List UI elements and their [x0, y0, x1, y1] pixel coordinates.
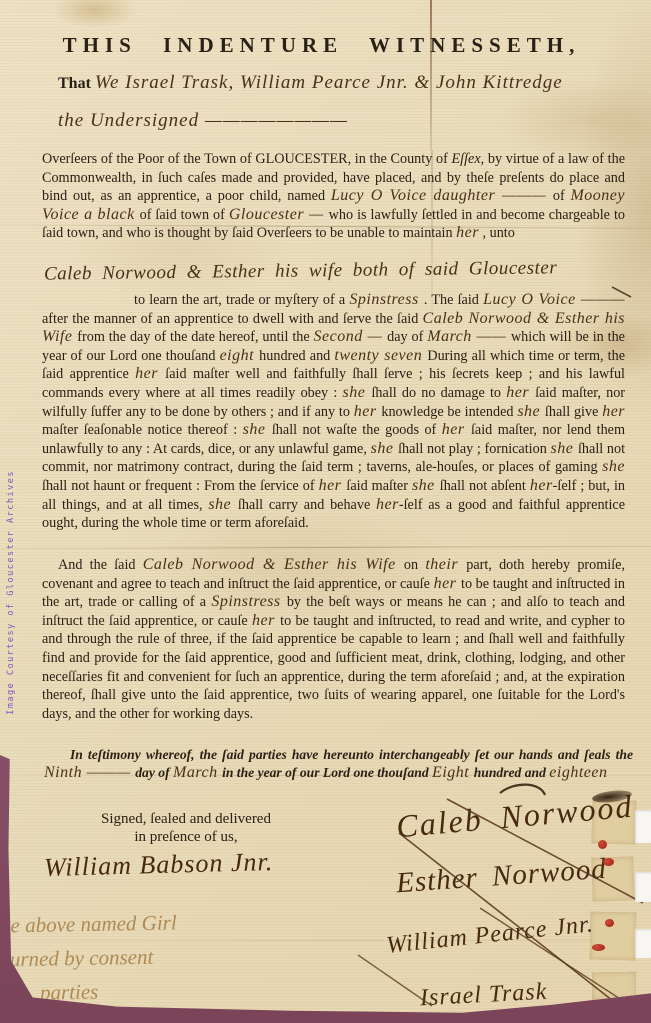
seal-remnant-patch	[592, 972, 636, 1001]
signature-esther-norwood: Esther Norwood	[395, 853, 608, 901]
horizontal-fold-crease-2	[0, 546, 651, 549]
paper-sheet: THIS INDENTURE WITNESSETH, That We Israe…	[0, 0, 651, 1023]
signed-sealed-block: Signed, ſealed and delivered in preſence…	[86, 810, 286, 846]
indenture-paragraph-service-terms: to learn the art, trade or myſtery of a …	[42, 291, 625, 533]
marginal-note-line-2: turned by consent	[4, 945, 154, 973]
wax-seal-mark	[598, 1005, 607, 1012]
overseers-names-handwritten: We Israel Trask, William Pearce Jnr. & J…	[95, 72, 563, 93]
undersigned-handwritten: the Undersigned ————————	[58, 110, 348, 132]
opening-line: That We Israel Trask, William Pearce Jnr…	[58, 72, 637, 94]
archive-courtesy-stamp: Image Courtesy of Gloucester Archives	[6, 470, 16, 715]
signed-sealed-line: Signed, ſealed and delivered	[86, 810, 286, 828]
edge-notch	[635, 872, 651, 902]
edge-notch	[635, 810, 651, 843]
marginal-note-line-3: parties	[40, 979, 99, 1005]
witness-signature: William Babson Jnr.	[44, 847, 274, 883]
in-presence-line: in preſence of us,	[86, 828, 286, 846]
signature-william-pearce: William Pearce Jnr.	[385, 911, 595, 960]
testimony-clause: In teſtimony whereof, the ſaid parties h…	[44, 746, 633, 783]
marginal-note-line-1: he above named Girl	[0, 910, 177, 938]
signature-israel-trask: Israel Trask	[419, 979, 548, 1013]
wax-seal-mark	[603, 858, 614, 866]
indenture-paragraph-placement: Overſeers of the Poor of the Town of GLO…	[42, 150, 625, 243]
wax-seal-mark	[605, 919, 614, 927]
indenture-paragraph-master-covenant: And the ſaid Caleb Norwood & Esther his …	[42, 556, 625, 723]
that-label: That	[58, 75, 91, 92]
wax-seal-mark	[592, 944, 605, 951]
edge-notch	[635, 929, 651, 958]
document-title: THIS INDENTURE WITNESSETH,	[0, 33, 643, 58]
wax-seal-mark	[598, 840, 607, 849]
masters-names-handwritten: Caleb Norwood & Esther his wife both of …	[44, 256, 631, 285]
seal-remnant-patch	[590, 912, 637, 961]
scanned-indenture-document: THIS INDENTURE WITNESSETH, That We Israe…	[0, 0, 651, 1023]
